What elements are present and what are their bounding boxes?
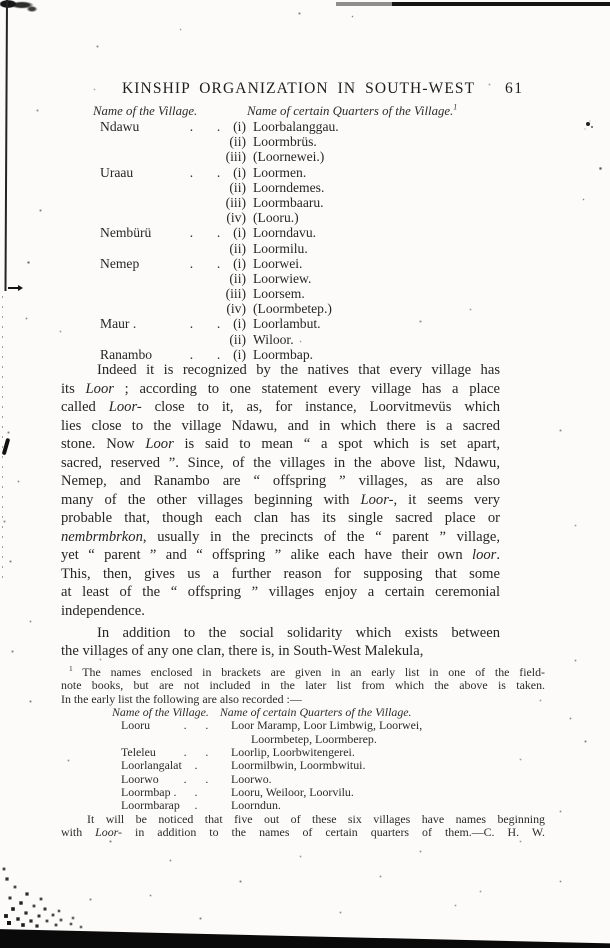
italic-text-segment: loor [472,547,496,563]
footnote-closing-text: It will be noticed that five out of thes… [61,813,545,840]
footnote-table-row: Teleleu..Loorlip, Loorbwitengerei. [61,746,545,759]
quarter-index: (i) [198,347,246,362]
body-text: Indeed it is recognized by the natives t… [61,361,500,661]
quarter-name: Loormilu. [253,241,308,256]
quarter-name: Loormen. [253,165,306,180]
quarter-index: (iii) [198,195,246,210]
leader-dots: . [165,799,227,812]
text-line: the villages of any one clan, there is, … [61,642,500,661]
leader-dot: . [190,316,193,331]
quarter-name: (Loormbetep.) [253,301,332,316]
column-header-quarters: Name of certain Quarters of the Village.… [247,104,457,119]
leader-dots: . [165,786,227,799]
footnote-table: Looru..Loor Maramp, Loor Limbwig, Loorwe… [61,719,545,812]
page-title: KINSHIP ORGANIZATION IN SOUTH-WEST [122,80,475,98]
quarter-index: (i) [198,256,246,271]
footnote-column-header-quarters: Name of certain Quarters of the Village. [220,705,412,719]
text-line: In the early list the following are also… [61,693,545,706]
text-segment: Indeed it is recognized by the natives t… [97,362,500,378]
quarter-name: Loormbrüs. [253,134,317,149]
text-segment: In the early list the following are also… [61,693,302,706]
text-segment: . [496,547,500,563]
quarter-index: (i) [198,225,246,240]
quarter-name: Loorwei. [253,256,302,271]
text-line: yet “ parent ” and “ offspring ” alike e… [61,546,500,565]
quarter-name: Loorndemes. [253,180,324,195]
text-segment: many of the other villages beginning wit… [61,492,361,508]
leader-dot: . [205,719,208,732]
quarter-index: (i) [198,119,246,134]
village-name: Ranambo [100,347,152,362]
village-table-row: (ii)Loorwiew. [0,271,610,286]
village-table-row: Maur ...(i)Loorlambut. [0,316,610,331]
italic-text-segment: nembrmbrkon [61,529,143,545]
italic-text-segment: Loor [86,381,114,397]
village-table-header: Name of the Village. Name of certain Qua… [0,104,610,119]
village-table-row: Nemep..(i)Loorwei. [0,256,610,271]
text-segment: sacred, reserved ”. Since, of the villag… [61,455,500,471]
text-segment: the villages of any one clan, there is, … [61,643,423,659]
quarter-index: (ii) [198,241,246,256]
text-line: 1 The names enclosed in brackets are giv… [61,666,545,679]
italic-text-segment: Loor- [109,399,142,415]
text-line: called Loor- close to it, as, for instan… [61,398,500,417]
village-table-row: (ii)Wiloor. [0,332,610,347]
village-table-row: (iii)(Loornewei.) [0,149,610,164]
quarter-name: Loormbaaru. [253,195,324,210]
footnote-table-row: Loormbap ..Looru, Weiloor, Loorvilu. [61,786,545,799]
leader-dot: . [190,347,193,362]
text-line: its Loor ; according to one statement ev… [61,380,500,399]
text-segment: independence. [61,603,145,619]
text-segment: , usually in the precincts of the “ pare… [143,529,500,545]
quarter-names-continued: Loormbetep, Loormberep. [251,733,377,746]
leader-dot: . [190,256,193,271]
quarter-names: Loormilbwin, Loormbwitui. [231,759,365,772]
text-line: independence. [61,602,500,621]
quarter-names: Loor Maramp, Loor Limbwig, Loorwei, [231,719,422,732]
text-line: note books, but are not included in the … [61,679,545,692]
leader-dots: .. [165,719,227,732]
text-segment: , it seems very [393,492,500,508]
page-number: 61 [505,80,524,98]
scanned-book-page: KINSHIP ORGANIZATION IN SOUTH-WEST 61 Na… [0,0,610,948]
text-line: This, then, gives us a further reason fo… [61,565,500,584]
text-segment: Nemep, and Ranambo are “ offspring ” vil… [61,473,500,489]
village-table-row: Uraau..(i)Loormen. [0,165,610,180]
text-line: at least of the “ offspring ” villages e… [61,583,500,602]
quarter-index: (ii) [198,271,246,286]
text-line: nembrmbrkon, usually in the precincts of… [61,528,500,547]
text-segment: its [61,381,86,397]
footnote-table-header: Name of the Village.Name of certain Quar… [61,706,545,719]
quarter-names: Loorndun. [231,799,281,812]
italic-text-segment: Loor- [361,492,394,508]
quarter-name: Loorndavu. [253,225,316,240]
text-segment: stone. Now [61,436,145,452]
quarter-index: (ii) [198,332,246,347]
leader-dot: . [205,773,208,786]
leader-dot: . [184,746,187,759]
italic-text-segment: Loor- [95,826,122,839]
text-segment: lies close to the village Ndawu, and in … [61,418,500,434]
quarter-index: (iii) [198,286,246,301]
leader-dot: . [184,773,187,786]
quarter-name: Loorlambut. [253,316,321,331]
footnote-text: 1 The names enclosed in brackets are giv… [61,666,545,706]
text-line: lies close to the village Ndawu, and in … [61,417,500,436]
village-table-row: (iii)Loorsem. [0,286,610,301]
leader-dots: .. [165,746,227,759]
footnote-table-row: Loorwo..Loorwo. [61,773,545,786]
village-table-row: (ii)Loormilu. [0,241,610,256]
leader-dots: . [165,759,227,772]
footnote-table-row-continuation: Loormbetep, Loormberep. [61,733,545,746]
text-segment: note books, but are not included in the … [61,679,545,692]
leader-dot: . [184,719,187,732]
scan-speck-cluster-bottom-left [0,0,2,2]
text-segment: in addition to the names of certain quar… [122,826,545,839]
footnote-column-header-village: Name of the Village. [112,705,209,719]
leader-dot: . [195,799,198,812]
text-segment: yet “ parent ” and “ offspring ” alike e… [61,547,472,563]
village-table: Ndawu..(i)Loorbalanggau.(ii)Loormbrüs.(i… [0,119,610,362]
text-segment: This, then, gives us a further reason fo… [61,566,500,582]
text-segment: close to it, as, for instance, Loorvitme… [142,399,500,415]
text-segment: It will be noticed that five out of thes… [87,813,545,826]
village-name: Ndawu [100,119,139,134]
quarter-name: Loormbap. [253,347,313,362]
text-line: sacred, reserved ”. Since, of the villag… [61,454,500,473]
paragraph: In addition to the social solidarity whi… [61,624,500,661]
text-line: many of the other villages beginning wit… [61,491,500,510]
village-name: Looru [121,719,150,732]
italic-text-segment: Loor [145,436,173,452]
paragraph: Indeed it is recognized by the natives t… [61,361,500,620]
text-line: stone. Now Loor is said to mean “ a spot… [61,435,500,454]
text-segment: called [61,399,109,415]
village-table-row: (iv)(Looru.) [0,210,610,225]
footnote: 1 The names enclosed in brackets are giv… [61,666,545,839]
text-line: Indeed it is recognized by the natives t… [61,361,500,380]
village-table-row: Nembürü..(i)Loorndavu. [0,225,610,240]
quarter-name: Loorwiew. [253,271,311,286]
quarter-name: (Loornewei.) [253,149,324,164]
quarter-index: (i) [198,316,246,331]
text-segment: is said to mean “ a spot which is set ap… [174,436,500,452]
leader-dot: . [190,165,193,180]
text-segment: In addition to the social solidarity whi… [97,625,500,641]
text-segment: ; according to one statement every villa… [114,381,500,397]
quarter-index: (ii) [198,134,246,149]
text-line: Nemep, and Ranambo are “ offspring ” vil… [61,472,500,491]
village-name: Loorwo [121,773,159,786]
village-table-row: Ndawu..(i)Loorbalanggau. [0,119,610,134]
column-header-village: Name of the Village. [93,104,197,119]
scan-line-top-right [336,2,610,6]
text-segment: probable that, though each clan has its … [61,510,500,526]
quarter-index: (ii) [198,180,246,195]
village-table-row: (iii)Loormbaaru. [0,195,610,210]
text-segment: at least of the “ offspring ” villages e… [61,584,500,600]
village-name: Nemep [100,256,139,271]
leader-dot: . [195,759,198,772]
quarter-index: (iv) [198,301,246,316]
quarter-name: Loorbalanggau. [253,119,339,134]
village-name: Nembürü [100,225,151,240]
footnote-table-row: Loorlangalat.Loormilbwin, Loormbwitui. [61,759,545,772]
quarter-names: Loorwo. [231,773,272,786]
text-line: It will be noticed that five out of thes… [61,813,545,826]
quarter-index: (i) [198,165,246,180]
village-name: Uraau [100,165,133,180]
leader-dot: . [190,119,193,134]
footnote-reference: 1 [453,103,457,112]
quarter-name: Loorsem. [253,286,305,301]
village-table-row: Ranambo..(i)Loormbap. [0,347,610,362]
quarter-index: (iv) [198,210,246,225]
leader-dots: .. [165,773,227,786]
quarter-names: Looru, Weiloor, Loorvilu. [231,786,354,799]
leader-dot: . [205,746,208,759]
quarter-index: (iii) [198,149,246,164]
village-table-row: (ii)Loorndemes. [0,180,610,195]
quarter-names: Loorlip, Loorbwitengerei. [231,746,355,759]
text-line: In addition to the social solidarity whi… [61,624,500,643]
leader-dot: . [190,225,193,240]
village-name: Maur . [100,316,136,331]
footnote-table-row: Looru..Loor Maramp, Loor Limbwig, Loorwe… [61,719,545,732]
text-line: with Loor- in addition to the names of c… [61,826,545,839]
leader-dot: . [195,786,198,799]
quarter-name: Wiloor. [253,332,294,347]
text-segment: with [61,826,95,839]
scan-bottom-edge [0,925,610,948]
text-line: probable that, though each clan has its … [61,509,500,528]
footnote-table-row: Loormbarap.Loorndun. [61,799,545,812]
village-table-row: (iv)(Loormbetep.) [0,301,610,316]
text-segment: The names enclosed in brackets are given… [73,666,545,679]
village-name: Teleleu [121,746,156,759]
village-table-row: (ii)Loormbrüs. [0,134,610,149]
quarter-name: (Looru.) [253,210,299,225]
